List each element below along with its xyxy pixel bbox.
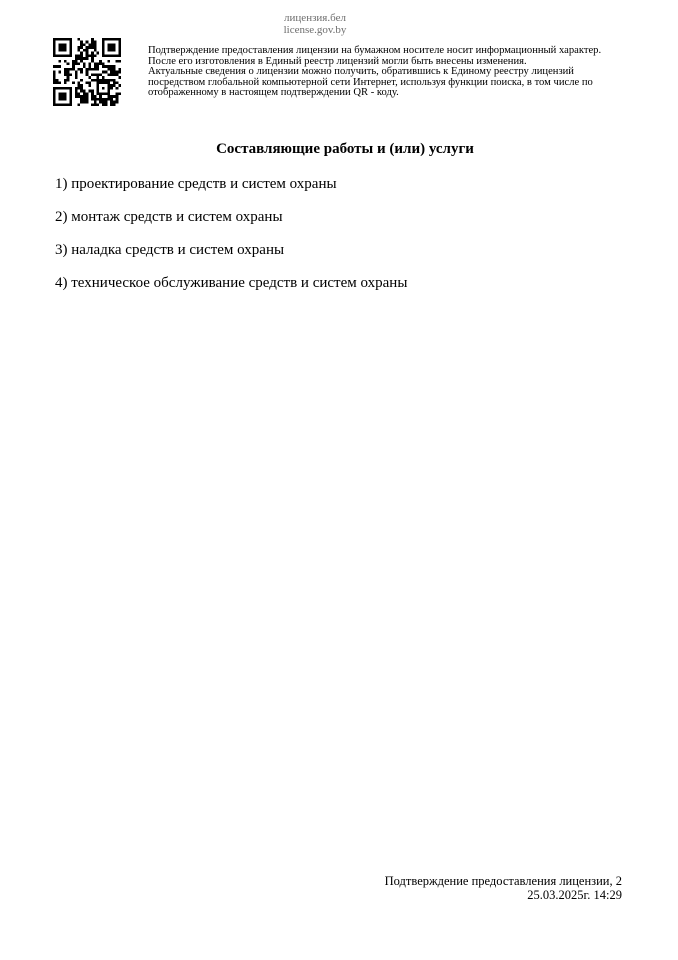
site-line-cyrillic: лицензия.бел — [0, 13, 630, 25]
notice-line: Подтверждение предоставления лицензии на… — [148, 46, 648, 57]
notice-line: отображенному в настоящем подтверждении … — [148, 88, 648, 99]
page-footer: Подтверждение предоставления лицензии, 2… — [385, 874, 622, 902]
info-notice: Подтверждение предоставления лицензии на… — [148, 46, 648, 99]
footer-page-label: Подтверждение предоставления лицензии, 2 — [385, 874, 622, 888]
qr-code-icon — [53, 38, 121, 106]
services-list: 1) проектирование средств и систем охран… — [55, 175, 407, 307]
section-title: Составляющие работы и (или) услуги — [0, 141, 678, 158]
footer-datetime: 25.03.2025г. 14:29 — [385, 888, 622, 902]
list-item: 3) наладка средств и систем охраны — [55, 241, 407, 274]
list-item: 4) техническое обслуживание средств и си… — [55, 274, 407, 307]
list-item: 1) проектирование средств и систем охран… — [55, 175, 407, 208]
list-item: 2) монтаж средств и систем охраны — [55, 208, 407, 241]
site-address: лицензия.бел license.gov.by — [0, 13, 630, 36]
site-line-latin: license.gov.by — [0, 25, 630, 37]
